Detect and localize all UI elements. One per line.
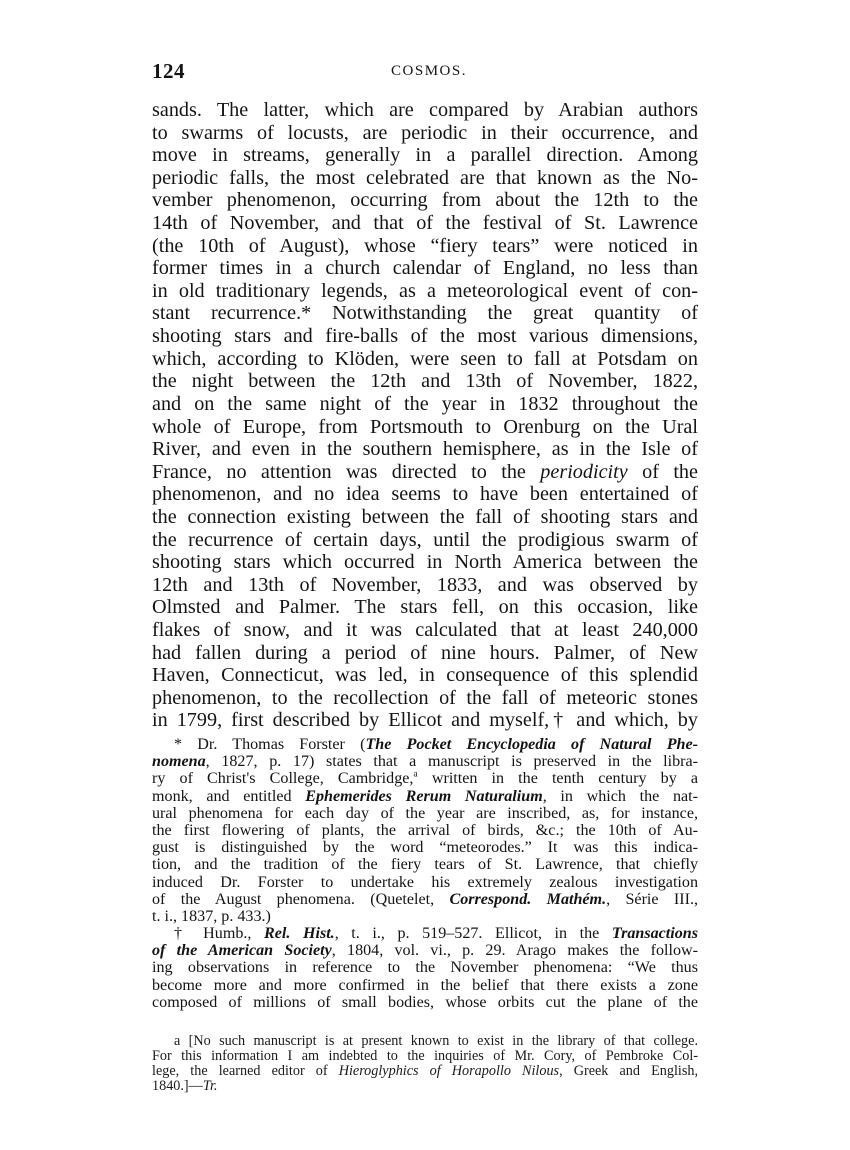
text-line: the night between the 12th and 13th of N…	[152, 370, 698, 393]
book-title: Correspond. Mathém.	[449, 891, 606, 908]
book-title: Hieroglyphics of Horapollo Nilous	[339, 1063, 559, 1079]
text-line: stant recurrence.* Notwithstanding the g…	[152, 302, 698, 325]
footnote-line: gust is distinguished by the word “meteo…	[152, 839, 698, 856]
text-line: sands. The latter, which are compared by…	[152, 99, 698, 122]
footnote-line: induced Dr. Forster to undertake his ext…	[152, 874, 698, 891]
text-line: to swarms of locusts, are periodic in th…	[152, 122, 698, 145]
text-line: Olmsted and Palmer. The stars fell, on t…	[152, 596, 698, 619]
footnote-line: ing observations in reference to the Nov…	[152, 959, 698, 976]
text-line: whole of Europe, from Portsmouth to Oren…	[152, 416, 698, 439]
translator-note-line: For this information I am indebted to th…	[152, 1049, 698, 1064]
text-line: 12th and 13th of November, 1833, and was…	[152, 574, 698, 597]
text-line: phenomenon, to the recollection of the f…	[152, 687, 698, 710]
italic-emphasis: periodicity	[540, 461, 627, 483]
footnote-dagger: † Humb., Rel. Hist., t. i., p. 519–527. …	[152, 925, 698, 1011]
text-line: (the 10th of August), whose “fiery tears…	[152, 235, 698, 258]
footnotes: * Dr. Thomas Forster (The Pocket Encyclo…	[152, 736, 698, 1011]
text-line: in 1799, first described by Ellicot and …	[152, 709, 698, 732]
text-line: Haven, Connecticut, was led, in conseque…	[152, 664, 698, 687]
book-title: The Pocket Encyclopedia of Natural Phe-	[365, 736, 698, 753]
footnote-line: the first flowering of plants, the arriv…	[152, 822, 698, 839]
footnote-line: * Dr. Thomas Forster (The Pocket Encyclo…	[152, 736, 698, 753]
translator-note: a [No such manuscript is at present know…	[152, 1034, 698, 1094]
running-head: 124 COSMOS.	[152, 59, 698, 83]
footnote-line: nomena, 1827, p. 17) states that a manus…	[152, 753, 698, 770]
footnote-line: t. i., 1837, p. 433.)	[152, 908, 698, 925]
book-title: nomena	[152, 753, 206, 770]
text-line: and on the same night of the year in 183…	[152, 393, 698, 416]
book-page: 124 COSMOS. sands. The latter, which are…	[0, 0, 850, 1150]
translator-note-line: 1840.]—Tr.	[152, 1079, 698, 1094]
running-title: COSMOS.	[152, 63, 698, 80]
text-line: France, no attention was directed to the…	[152, 461, 698, 484]
text-line: shooting stars which occurred in North A…	[152, 551, 698, 574]
footnote-line: become more and more confirmed in the be…	[152, 977, 698, 994]
footnote-line: of the American Society, 1804, vol. vi.,…	[152, 942, 698, 959]
footnote-line: of the August phenomena. (Quetelet, Corr…	[152, 891, 698, 908]
translator-signature: Tr.	[203, 1078, 218, 1094]
text-line: periodic falls, the most celebrated are …	[152, 167, 698, 190]
footnote-line: composed of millions of small bodies, wh…	[152, 994, 698, 1011]
main-text: sands. The latter, which are compared by…	[152, 99, 698, 732]
text-line: phenomenon, and no idea seems to have be…	[152, 483, 698, 506]
text-line: vember phenomenon, occurring from about …	[152, 189, 698, 212]
footnote-line: monk, and entitled Ephemerides Rerum Nat…	[152, 788, 698, 805]
text-line: shooting stars and fire-balls of the mos…	[152, 325, 698, 348]
text-line: the recurrence of certain days, until th…	[152, 529, 698, 552]
text-line: in old traditionary legends, as a meteor…	[152, 280, 698, 303]
text-line: flakes of snow, and it was calculated th…	[152, 619, 698, 642]
text-line: the connection existing between the fall…	[152, 506, 698, 529]
footnote-line: tion, and the tradition of the fiery tea…	[152, 856, 698, 873]
text-line: 14th of November, and that of the festiv…	[152, 212, 698, 235]
footnote-line: ry of Christ's College, Cambridge,a writ…	[152, 770, 698, 787]
footnote-line: † Humb., Rel. Hist., t. i., p. 519–527. …	[152, 925, 698, 942]
text-line: which, according to Klöden, were seen to…	[152, 348, 698, 371]
text-line: River, and even in the southern hemisphe…	[152, 438, 698, 461]
book-title: Rel. Hist.	[264, 925, 335, 942]
text-line: move in streams, generally in a parallel…	[152, 144, 698, 167]
text-line: former times in a church calendar of Eng…	[152, 257, 698, 280]
book-title: Ephemerides Rerum Naturalium	[305, 788, 543, 805]
footnote-star: * Dr. Thomas Forster (The Pocket Encyclo…	[152, 736, 698, 925]
text-line: had fallen during a period of nine hours…	[152, 642, 698, 665]
translator-note-line: a [No such manuscript is at present know…	[152, 1034, 698, 1049]
footnote-line: ural phenomena for each day of the year …	[152, 805, 698, 822]
translator-note-line: lege, the learned editor of Hieroglyphic…	[152, 1064, 698, 1079]
book-title: Transactions	[612, 925, 698, 942]
book-title: of the American Society	[152, 942, 332, 959]
